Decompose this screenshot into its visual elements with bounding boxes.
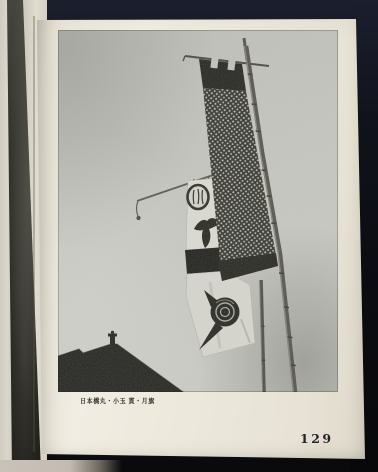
photo-grain: [58, 30, 338, 392]
photo-caption: 日本橋丸・小玉 貫・月旗: [80, 396, 155, 405]
book-photograph-scene: 日本橋丸・小玉 貫・月旗 129: [0, 0, 378, 472]
page-edge-bottom-strip: [0, 460, 122, 472]
page-crease-line: [33, 16, 35, 452]
page-number: 129: [300, 431, 334, 446]
photograph: [58, 30, 338, 392]
